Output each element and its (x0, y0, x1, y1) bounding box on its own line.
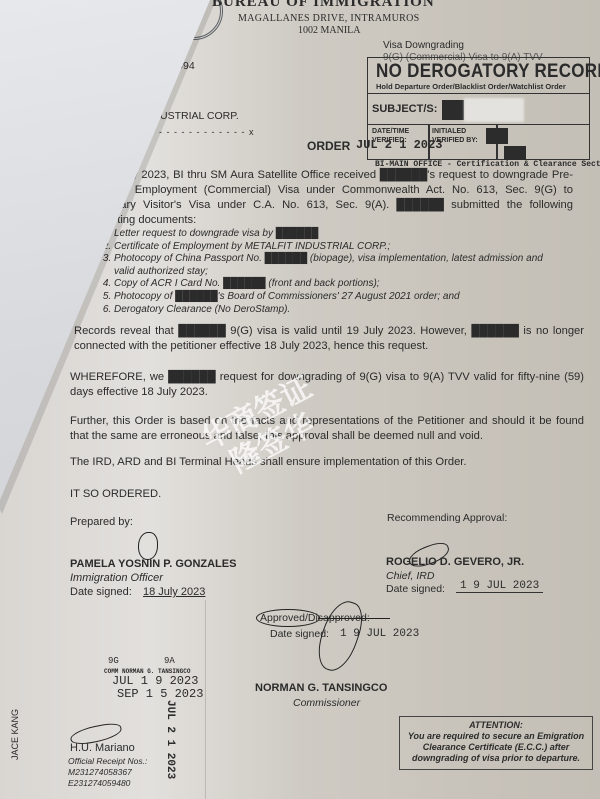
vertical-date-stamp: JUL 2 1 2023 (164, 700, 176, 779)
agency-name: BUREAU OF IMMIGRATION (212, 0, 435, 11)
document-item: Photocopy of ██████'s Board of Commissio… (114, 291, 544, 304)
document-item: Certificate of Employment by METALFIT IN… (114, 241, 544, 254)
commissioner-name: NORMAN G. TANSINGCO (255, 682, 387, 694)
stamp-code-9a: 9A (164, 656, 175, 666)
agency-address: MAGALLANES DRIVE, INTRAMUROS (238, 13, 419, 24)
recommending-label: Recommending Approval: (387, 512, 507, 524)
recommending-name: ROGELIO D. GEVERO, JR. (386, 556, 524, 568)
order-date-stamp: JUL 2 1 2023 (356, 138, 442, 152)
cashier-name: H.U. Mariano (70, 742, 135, 754)
paragraph-intro: On 18 July 2023, BI thru SM Aura Satelli… (83, 168, 573, 228)
document-photo: BUREAU OF IMMIGRATION MAGALLANES DRIVE, … (0, 0, 600, 799)
redaction (442, 100, 464, 120)
prepared-title: Immigration Officer (70, 572, 163, 584)
paragraph-wherefore: WHEREFORE, we ██████ request for downgra… (70, 370, 584, 400)
receipt-number-2: E231274059480 (68, 778, 130, 788)
document-item: Photocopy of China Passport No. ██████ (… (114, 253, 544, 278)
order-title: ORDER (307, 139, 350, 153)
it-so-ordered: IT SO ORDERED. (70, 488, 161, 500)
handwritten-name: JACE KANG (10, 709, 20, 760)
stamp-date-1: JUL 1 9 2023 (112, 674, 198, 688)
paragraph-records: Records reveal that ██████ 9(G) visa is … (74, 324, 584, 354)
prepared-by-label: Prepared by: (70, 516, 133, 528)
signature-icon (138, 532, 158, 560)
receipt-number-1: M231274058367 (68, 767, 132, 777)
approved-circle-icon (256, 609, 320, 627)
prepared-name: PAMELA YOSNIN P. GONZALES (70, 558, 236, 570)
attention-title: ATTENTION: (400, 720, 592, 731)
subject-line-1: Visa Downgrading (383, 40, 464, 51)
document-item: Letter request to downgrade visa by ████… (114, 228, 544, 241)
prepared-date-label: Date signed: (70, 586, 132, 598)
document-item: Derogatory Clearance (No DeroStamp). (114, 304, 544, 317)
receipt-label: Official Receipt Nos.: (68, 756, 147, 766)
supporting-documents-list: Letter request to downgrade visa by ████… (96, 228, 544, 316)
recommending-title: Chief, IRD (386, 570, 434, 582)
stamp-code-9g: 9G (108, 656, 119, 666)
stamp-subtitle: Hold Departure Order/Blacklist Order/Wat… (376, 82, 566, 91)
attention-text: You are required to secure an Emigration… (400, 731, 592, 764)
recommending-date-label: Date signed: (386, 583, 445, 595)
agency-city: 1002 MANILA (298, 25, 361, 36)
document-item: Copy of ACR I Card No. ██████ (front and… (114, 278, 544, 291)
stamp-date-2: SEP 1 5 2023 (117, 687, 203, 701)
stamp-subject-label: SUBJECT/S: (372, 103, 437, 115)
prepared-date: 18 July 2023 (143, 586, 205, 598)
attention-box: ATTENTION: You are required to secure an… (399, 716, 593, 770)
recommending-date: 1 9 JUL 2023 (456, 580, 543, 593)
commissioner-title: Commissioner (293, 697, 360, 709)
stamp-title: NO DEROGATORY RECORDS (376, 60, 600, 83)
